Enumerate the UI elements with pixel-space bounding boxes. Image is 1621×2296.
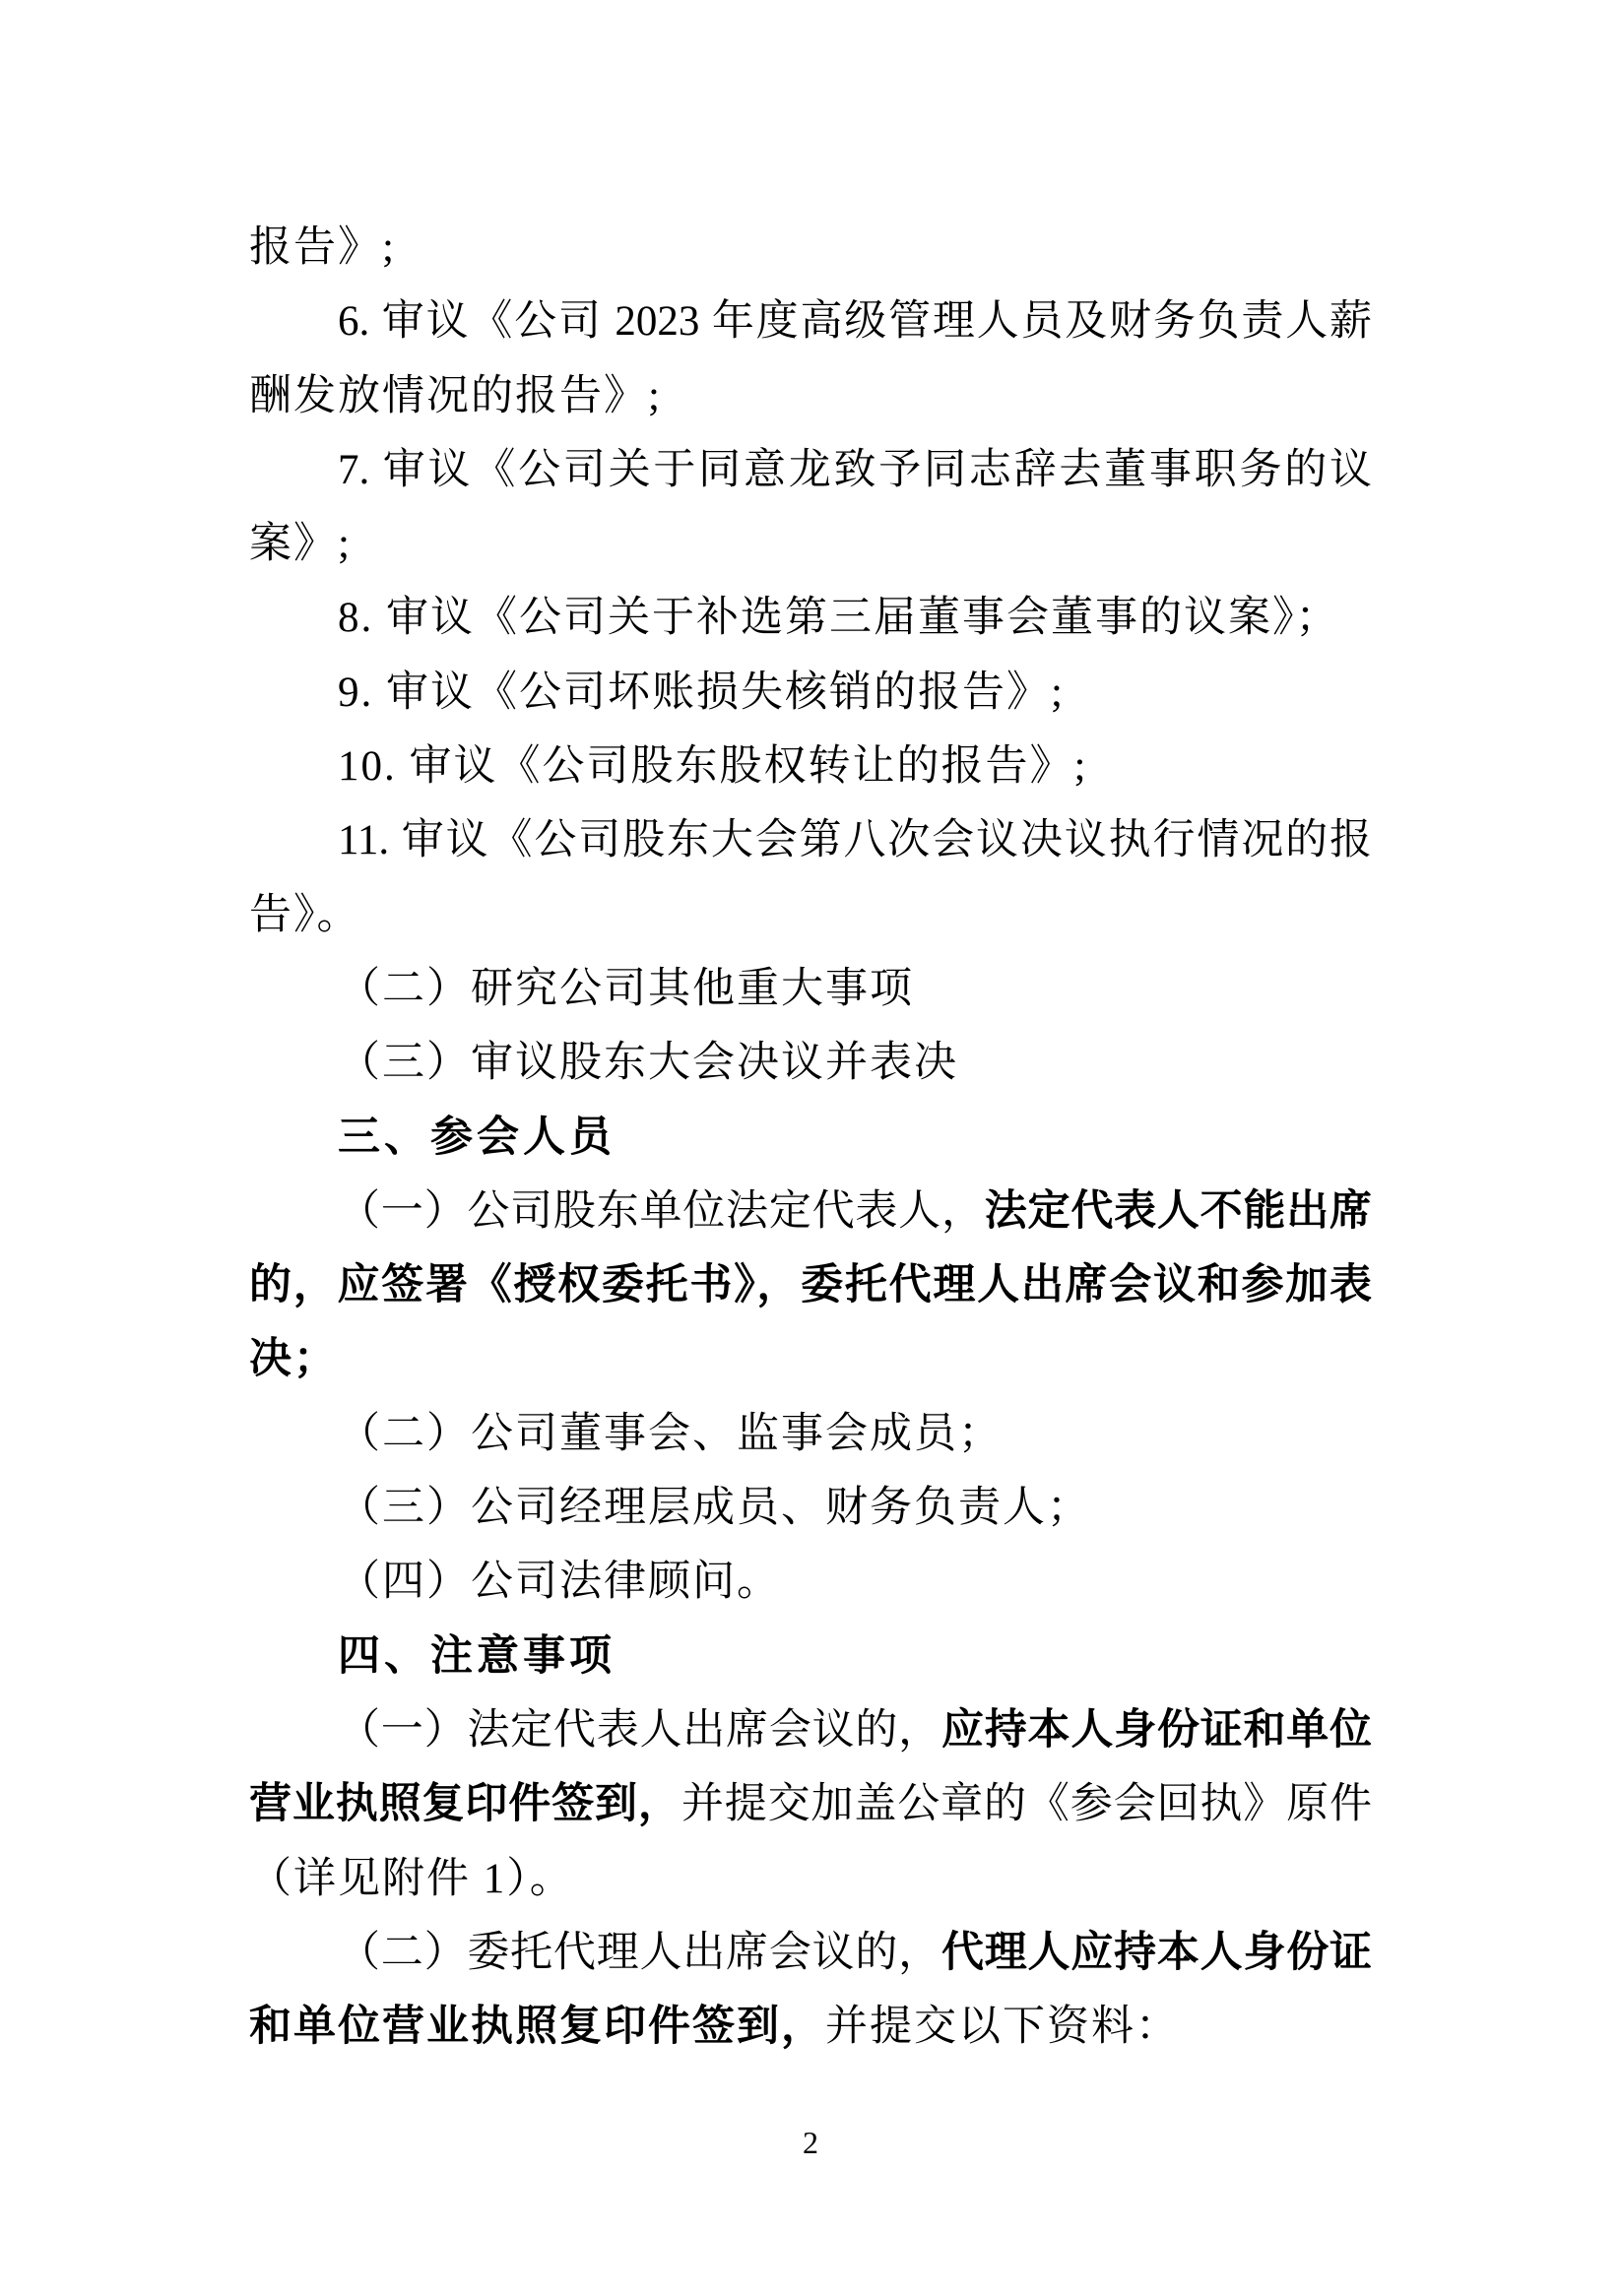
section-heading-attendees: 三、参会人员 bbox=[249, 1101, 1372, 1175]
text-segment: （三）公司经理层成员、财务负责人； bbox=[338, 1485, 1091, 1531]
doc-line: 营业执照复印件签到，并提交加盖公章的《参会回执》原件 bbox=[249, 1767, 1372, 1841]
text-segment: （详见附件 1）。 bbox=[249, 1856, 574, 1902]
text-segment-bold: 和单位营业执照复印件签到， bbox=[249, 2004, 825, 2050]
doc-line: 10. 审议《公司股东股权转让的报告》; bbox=[249, 730, 1372, 803]
doc-line: 11. 审议《公司股东大会第八次会议决议执行情况的报 bbox=[249, 803, 1372, 877]
doc-line: （二）委托代理人出席会议的，代理人应持本人身份证 bbox=[249, 1916, 1372, 1990]
text-segment: 8. 审议《公司关于补选第三届董事会董事的议案》； bbox=[338, 595, 1340, 641]
doc-line: 决； bbox=[249, 1322, 1372, 1396]
text-segment: （三）审议股东大会决议并表决 bbox=[338, 1040, 958, 1086]
section-heading-notes: 四、注意事项 bbox=[249, 1620, 1372, 1693]
text-segment: （一）公司股东单位法定代表人， bbox=[338, 1188, 985, 1235]
text-segment: 案》; bbox=[249, 521, 352, 567]
doc-line: （三）审议股东大会决议并表决 bbox=[249, 1026, 1372, 1100]
doc-line: 案》; bbox=[249, 507, 1372, 581]
text-segment: （一）法定代表人出席会议的， bbox=[338, 1707, 941, 1754]
text-segment-bold: 代理人应持本人身份证 bbox=[941, 1930, 1372, 1976]
doc-line: （一）公司股东单位法定代表人，法定代表人不能出席 bbox=[249, 1175, 1372, 1248]
text-segment-bold: 的，应签署《授权委托书》，委托代理人出席会议和参加表 bbox=[249, 1262, 1372, 1308]
text-segment: （四）公司法律顾问。 bbox=[338, 1559, 781, 1605]
doc-line: （四）公司法律顾问。 bbox=[249, 1545, 1372, 1619]
text-segment: 告》。 bbox=[249, 892, 361, 938]
text-segment: 酬发放情况的报告》; bbox=[249, 373, 662, 419]
document-body: 报告》; 6. 审议《公司 2023 年度高级管理人员及财务负责人薪 酬发放情况… bbox=[249, 211, 1372, 2064]
text-segment-bold: 营业执照复印件签到， bbox=[249, 1781, 681, 1827]
text-segment-bold: 应持本人身份证和单位 bbox=[941, 1707, 1372, 1754]
text-segment-bold: 法定代表人不能出席 bbox=[985, 1188, 1372, 1235]
text-segment: 10. 审议《公司股东股权转让的报告》; bbox=[338, 743, 1087, 790]
doc-line: （详见附件 1）。 bbox=[249, 1842, 1372, 1916]
text-segment: 三、参会人员 bbox=[338, 1114, 616, 1161]
text-segment: （二）研究公司其他重大事项 bbox=[338, 966, 914, 1012]
text-segment: （二）委托代理人出席会议的， bbox=[338, 1930, 941, 1976]
doc-line: （二）研究公司其他重大事项 bbox=[249, 952, 1372, 1026]
text-segment: 报告》; bbox=[249, 224, 396, 271]
doc-line: （二）公司董事会、监事会成员； bbox=[249, 1397, 1372, 1471]
text-segment: 并提交加盖公章的《参会回执》原件 bbox=[681, 1781, 1372, 1827]
document-page: 报告》; 6. 审议《公司 2023 年度高级管理人员及财务负责人薪 酬发放情况… bbox=[0, 0, 1621, 2296]
doc-line: 7. 审议《公司关于同意龙致予同志辞去董事职务的议 bbox=[249, 433, 1372, 507]
doc-line: 酬发放情况的报告》; bbox=[249, 359, 1372, 433]
page-number: 2 bbox=[0, 2123, 1621, 2162]
text-segment: 6. 审议《公司 2023 年度高级管理人员及财务负责人薪 bbox=[338, 298, 1372, 345]
doc-line: 告》。 bbox=[249, 878, 1372, 952]
text-segment: 9. 审议《公司坏账损失核销的报告》; bbox=[338, 670, 1065, 716]
text-segment-bold: 决； bbox=[249, 1336, 338, 1382]
doc-line: 报告》; bbox=[249, 211, 1372, 285]
doc-line: 8. 审议《公司关于补选第三届董事会董事的议案》； bbox=[249, 581, 1372, 655]
text-segment: 11. 审议《公司股东大会第八次会议决议执行情况的报 bbox=[338, 817, 1372, 863]
doc-line: 的，应签署《授权委托书》，委托代理人出席会议和参加表 bbox=[249, 1248, 1372, 1322]
doc-line: （一）法定代表人出席会议的，应持本人身份证和单位 bbox=[249, 1693, 1372, 1767]
doc-line: （三）公司经理层成员、财务负责人； bbox=[249, 1471, 1372, 1545]
doc-line: 和单位营业执照复印件签到，并提交以下资料： bbox=[249, 1990, 1372, 2064]
text-segment: 7. 审议《公司关于同意龙致予同志辞去董事职务的议 bbox=[338, 447, 1372, 493]
text-segment: （二）公司董事会、监事会成员； bbox=[338, 1411, 1003, 1457]
text-segment: 并提交以下资料： bbox=[825, 2004, 1180, 2050]
doc-line: 9. 审议《公司坏账损失核销的报告》; bbox=[249, 656, 1372, 730]
doc-line: 6. 审议《公司 2023 年度高级管理人员及财务负责人薪 bbox=[249, 285, 1372, 358]
text-segment: 四、注意事项 bbox=[338, 1632, 616, 1680]
